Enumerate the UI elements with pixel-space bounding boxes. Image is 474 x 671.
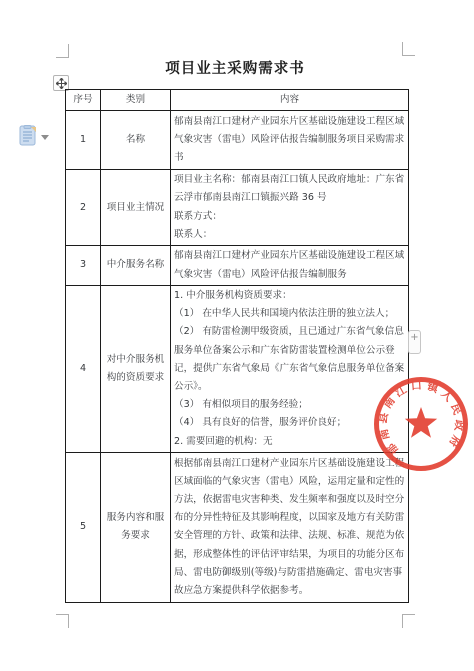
cell-category[interactable]: 名称	[101, 111, 171, 170]
cell-no[interactable]: 5	[66, 452, 101, 602]
plus-control-button[interactable]: +	[408, 330, 421, 354]
cell-content[interactable]: 根据郁南县南江口建材产业园东片区基础设施建设工程区域面临的气象灾害（雷电）风险，…	[171, 452, 409, 602]
header-category[interactable]: 类别	[101, 90, 171, 111]
cell-content[interactable]: 项目业主名称：郁南县南江口镇人民政府地址：广东省云浮市郁南县南江口镇振兴路 36…	[171, 170, 409, 246]
table-row: 1 名称 郁南县南江口建材产业园东片区基础设施建设工程区域气象灾害（雷电）风险评…	[66, 111, 409, 170]
clipboard-icon	[19, 125, 38, 147]
cell-category[interactable]: 对中介服务机构的资质要求	[101, 286, 171, 453]
header-content[interactable]: 内容	[171, 90, 409, 111]
chevron-down-icon	[41, 135, 49, 140]
requirements-table: 序号 类别 内容 1 名称 郁南县南江口建材产业园东片区基础设施建设工程区域气象…	[65, 89, 409, 603]
table-row: 3 中介服务名称 郁南县南江口建材产业园东片区基础设施建设工程区域气象灾害（雷电…	[66, 246, 409, 286]
cell-no[interactable]: 3	[66, 246, 101, 286]
header-no[interactable]: 序号	[66, 90, 101, 111]
cell-content[interactable]: 郁南县南江口建材产业园东片区基础设施建设工程区域气象灾害（雷电）风险评估报告编制…	[171, 111, 409, 170]
word-document-page: 项目业主采购需求书	[0, 0, 474, 671]
table-row: 2 项目业主情况 项目业主名称：郁南县南江口镇人民政府地址：广东省云浮市郁南县南…	[66, 170, 409, 246]
cell-category[interactable]: 中介服务名称	[101, 246, 171, 286]
cell-category[interactable]: 项目业主情况	[101, 170, 171, 246]
paste-options-button[interactable]	[19, 124, 55, 148]
margin-mark-bottom-left	[56, 614, 69, 628]
margin-mark-top-right	[402, 42, 415, 56]
move-arrows-icon	[56, 78, 67, 89]
cell-no[interactable]: 1	[66, 111, 101, 170]
cell-content[interactable]: 1. 中介服务机构资质要求： （1） 在中华人民共和国境内依法注册的独立法人； …	[171, 286, 409, 453]
document-title[interactable]: 项目业主采购需求书	[65, 57, 405, 78]
cell-content[interactable]: 郁南县南江口建材产业园东片区基础设施建设工程区域气象灾害（雷电）风险评估报告编制…	[171, 246, 409, 286]
cell-no[interactable]: 2	[66, 170, 101, 246]
table-header-row: 序号 类别 内容	[66, 90, 409, 111]
cell-no[interactable]: 4	[66, 286, 101, 453]
margin-mark-bottom-right	[402, 614, 415, 628]
table-row: 4 对中介服务机构的资质要求 1. 中介服务机构资质要求： （1） 在中华人民共…	[66, 286, 409, 453]
cell-category[interactable]: 服务内容和服务要求	[101, 452, 171, 602]
seal-star-icon	[405, 407, 437, 438]
margin-mark-top-left	[56, 44, 69, 58]
table-row: 5 服务内容和服务要求 根据郁南县南江口建材产业园东片区基础设施建设工程区域面临…	[66, 452, 409, 602]
